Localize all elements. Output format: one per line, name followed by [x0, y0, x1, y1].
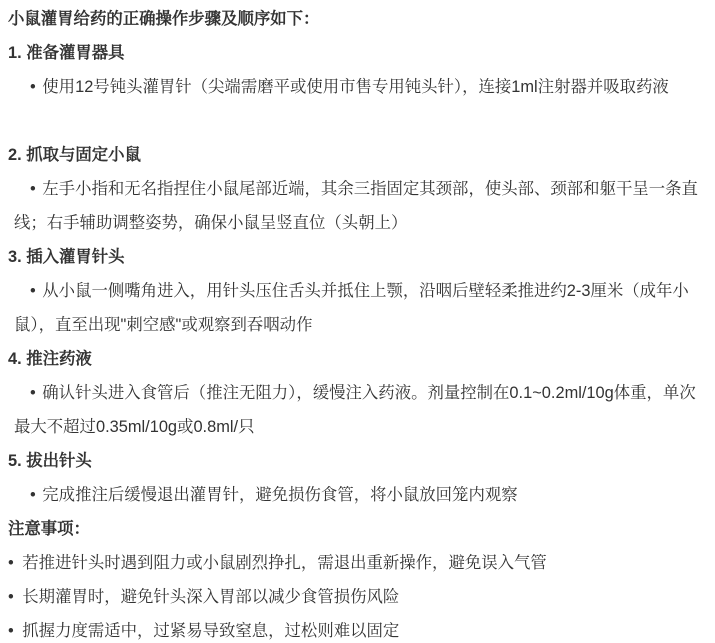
- section-restrain: 2. 抓取与固定小鼠 左手小指和无名指捏住小鼠尾部近端，其余三指固定其颈部，使头…: [8, 138, 707, 240]
- section-heading-withdraw: 5. 拔出针头: [8, 444, 707, 478]
- section-prepare: 1. 准备灌胃器具 使用12号钝头灌胃针（尖端需磨平或使用市售专用钝头针），连接…: [8, 36, 707, 104]
- section-heading-inject: 4. 推注药液: [8, 342, 707, 376]
- section-inject: 4. 推注药液 确认针头进入食管后（推注无阻力），缓慢注入药液。剂量控制在0.1…: [8, 342, 707, 444]
- intro-text: 小鼠灌胃给药的正确操作步骤及顺序如下：: [8, 2, 707, 36]
- section-insert: 3. 插入灌胃针头 从小鼠一侧嘴角进入，用针头压住舌头并抵住上颚，沿咽后壁轻柔推…: [8, 240, 707, 342]
- notes-heading: 注意事项：: [8, 512, 707, 546]
- section-heading-prepare: 1. 准备灌胃器具: [8, 36, 707, 70]
- section-heading-insert: 3. 插入灌胃针头: [8, 240, 707, 274]
- procedure-document: 小鼠灌胃给药的正确操作步骤及顺序如下： 1. 准备灌胃器具 使用12号钝头灌胃针…: [0, 0, 715, 643]
- section-withdraw: 5. 拔出针头 完成推注后缓慢退出灌胃针，避免损伤食管，将小鼠放回笼内观察: [8, 444, 707, 512]
- bullet-item: 左手小指和无名指捏住小鼠尾部近端，其余三指固定其颈部，使头部、颈部和躯干呈一条直…: [8, 172, 707, 240]
- bullet-item: 确认针头进入食管后（推注无阻力），缓慢注入药液。剂量控制在0.1~0.2ml/1…: [8, 376, 707, 444]
- bullet-item: 完成推注后缓慢退出灌胃针，避免损伤食管，将小鼠放回笼内观察: [8, 478, 707, 512]
- bullet-item: 从小鼠一侧嘴角进入，用针头压住舌头并抵住上颚，沿咽后壁轻柔推进约2-3厘米（成年…: [8, 274, 707, 342]
- note-item: 长期灌胃时，避免针头深入胃部以减少食管损伤风险: [8, 580, 707, 614]
- bullet-item: 使用12号钝头灌胃针（尖端需磨平或使用市售专用钝头针），连接1ml注射器并吸取药…: [8, 70, 707, 104]
- section-notes: 注意事项： 若推进针头时遇到阻力或小鼠剧烈挣扎，需退出重新操作，避免误入气管 长…: [8, 512, 707, 643]
- note-item: 抓握力度需适中，过紧易导致窒息，过松则难以固定: [8, 614, 707, 643]
- note-item: 若推进针头时遇到阻力或小鼠剧烈挣扎，需退出重新操作，避免误入气管: [8, 546, 707, 580]
- section-heading-restrain: 2. 抓取与固定小鼠: [8, 138, 707, 172]
